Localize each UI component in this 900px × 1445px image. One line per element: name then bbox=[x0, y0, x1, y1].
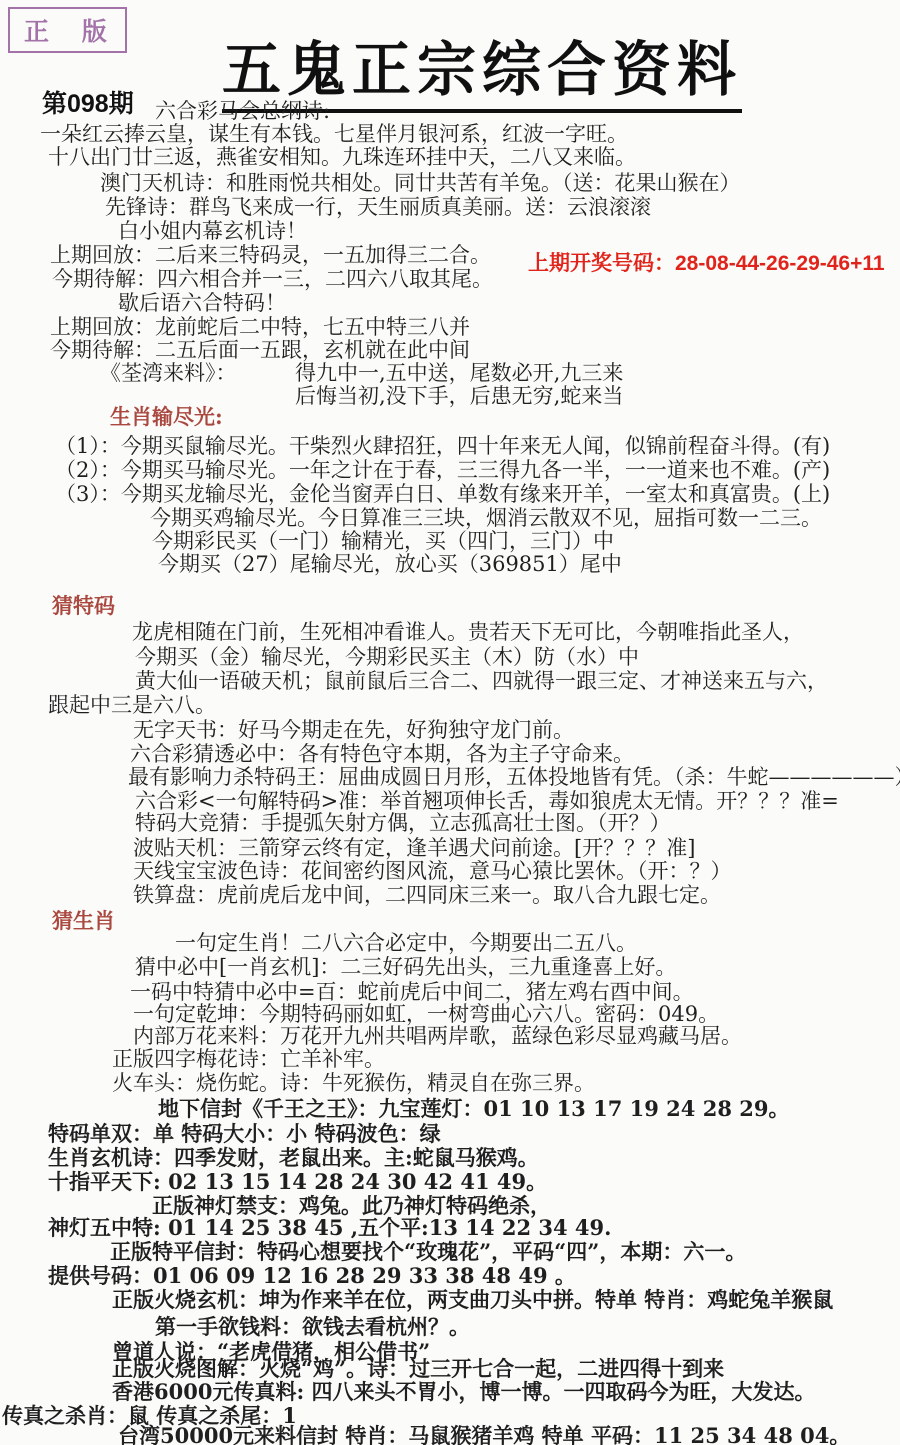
text-line: 白小姐内幕玄机诗！ bbox=[118, 220, 307, 243]
text-line: 先锋诗：群鸟飞来成一行，天生丽质真美丽。送：云浪滚滚 bbox=[105, 196, 651, 219]
text-line: 今期彩民买（一门）输精光，买（四门，三门）中 bbox=[152, 530, 614, 553]
text-line: 得九中一,五中送，尾数必开,九三来 bbox=[295, 362, 623, 385]
text-line: 提供号码：01 06 09 12 16 28 29 33 38 48 49 。 bbox=[48, 1264, 576, 1287]
text-line: 今期待解：四六相合并一三，二四六八取其尾。 bbox=[52, 268, 493, 291]
text-line: 上期回放：龙前蛇后二中特，七五中特三八并 bbox=[50, 316, 470, 339]
text-line: 歇后语六合特码！ bbox=[118, 292, 286, 315]
text-line: 天线宝宝波色诗：花间密约图风流，意马心猿比罢休。（开：？） bbox=[133, 860, 732, 883]
text-line: 六合彩猜透必中：各有特色守本期，各为主子守命来。 bbox=[130, 743, 634, 766]
text-line: 无字天书：好马今期走在先，好狗独守龙门前。 bbox=[133, 719, 574, 742]
text-line: 后悔当初,没下手，后患无穷,蛇来当 bbox=[295, 385, 623, 408]
text-line: 正版火烧图解：火烧“鸡”。诗：过三开七合一起，二进四得十到来 bbox=[112, 1357, 724, 1380]
text-line: 跟起中三是六八。 bbox=[48, 694, 216, 717]
issue-number: 第098期 bbox=[42, 84, 134, 120]
text-line: 今期买鸡输尽光。今日算准三三块，烟消云散双不见，屈指可数一二三。 bbox=[150, 507, 822, 530]
text-line: 六合彩马会总纲诗: bbox=[155, 100, 330, 123]
text-line: 龙虎相随在门前，生死相冲看谁人。贵若天下无可比，今朝唯指此圣人， bbox=[132, 621, 804, 644]
text-line: 特码单双：单 特码大小：小 特码波色：绿 bbox=[48, 1122, 441, 1145]
text-line: 正版火烧玄机：坤为作来羊在位，两支曲刀头中拼。特单 特肖：鸡蛇兔羊猴鼠 bbox=[112, 1288, 833, 1311]
text-line: 上期回放：二后来三特码灵，一五加得三二合。 bbox=[50, 244, 491, 267]
text-line: 正版四字梅花诗：亡羊补牢。 bbox=[112, 1048, 385, 1071]
text-line: 一朵红云捧云皇，谋生有本钱。七星伴月银河系，红波一字旺。 bbox=[40, 123, 628, 146]
text-line: 特码大竞猜：手提弧矢射方偶，立志孤高壮士图。（开？） bbox=[135, 812, 671, 835]
section-heading: 生肖输尽光: bbox=[110, 405, 223, 428]
text-line: （1）：今期买鼠输尽光。干柴烈火肆招狂，四十年来无人闻，似锦前程奋斗得。(有) bbox=[55, 435, 830, 458]
text-line: 最有影响力杀特码王：屈曲成圆日月形，五体投地皆有凭。（杀：牛蛇——————） bbox=[128, 766, 900, 789]
text-line: 六合彩<一句解特码>准：举首翘项伸长舌，毒如狼虎太无情。开？？？准= bbox=[135, 790, 839, 813]
text-line: 一句定生肖！二八六合必定中，今期要出二五八。 bbox=[175, 932, 637, 955]
text-line: 今期待解：二五后面一五跟，玄机就在此中间 bbox=[50, 339, 470, 362]
text-line: 猜中必中[一肖玄机]：二三好码先出头，三九重逢喜上好。 bbox=[135, 956, 676, 979]
text-line: 铁算盘：虎前虎后龙中间，二四同床三来一。取八合九跟七定。 bbox=[133, 884, 721, 907]
text-line: 台湾50000元来料信封 特肖：马鼠猴猪羊鸡 特单 平码：11 25 34 48… bbox=[118, 1424, 850, 1445]
text-line: 黄大仙一语破天机；鼠前鼠后三合二、四就得一跟三定、才神送来五与六， bbox=[135, 670, 828, 693]
section-heading: 猜特码 bbox=[52, 594, 115, 617]
text-line: 正版特平信封：特码心想要找个“玫瑰花”，平码“四”，本期：六一。 bbox=[110, 1240, 746, 1263]
section-heading: 猜生肖 bbox=[52, 909, 115, 932]
text-line: 十八出门廿三返，燕雀安相知。九珠连环挂中天，二八又来临。 bbox=[48, 146, 636, 169]
lottery-info-sheet: 正 版 五鬼正宗综合资料 第098期 上期开奖号码：28-08-44-26-29… bbox=[0, 0, 900, 1445]
text-line: 火车头：烧伤蛇。诗：牛死猴伤，精灵自在弥三界。 bbox=[112, 1072, 595, 1095]
authentic-badge: 正 版 bbox=[8, 7, 127, 53]
text-line: 《荃湾来料》： bbox=[100, 362, 237, 385]
text-line: 今期买（27）尾输尽光，放心买（369851）尾中 bbox=[158, 553, 622, 576]
text-line: 波贴天机：三箭穿云终有定，逢羊遇犬问前途。[开？？？准] bbox=[133, 837, 695, 860]
text-line: 第一手欲钱料：欲钱去看杭州？。 bbox=[155, 1315, 470, 1338]
text-line: （3）：今期买龙输尽光，金伦当窗弄白日、单数有缘来开羊，一室太和真富贵。(上) bbox=[55, 483, 830, 506]
text-line: 香港6000元传真料: 四八来头不胃小，博一博。一四取码今为旺，大发达。 bbox=[112, 1380, 816, 1403]
text-line: 生肖玄机诗：四季发财，老鼠出来。主:蛇鼠马猴鸡。 bbox=[48, 1146, 539, 1169]
text-line: 地下信封《千王之王》：九宝莲灯：01 10 13 17 19 24 28 29。 bbox=[158, 1097, 789, 1120]
last-draw-numbers: 上期开奖号码：28-08-44-26-29-46+11 bbox=[528, 247, 885, 277]
text-line: 一码中特猜中必中=百：蛇前虎后中间二，猪左鸡右酉中间。 bbox=[130, 981, 694, 1004]
text-line: 十指平天下: 02 13 15 14 28 24 30 42 41 49。 bbox=[48, 1170, 547, 1193]
text-line: 今期买（金）输尽光，今期彩民买主（木）防（水）中 bbox=[135, 646, 639, 669]
text-line: 神灯五中特: 01 14 25 38 45 ,五个平:13 14 22 34 4… bbox=[48, 1216, 611, 1239]
text-line: 一句定乾坤：今期特码丽如虹，一树弯曲心六八。密码：049。 bbox=[133, 1003, 719, 1026]
text-line: 内部万花来料：万花开九州共唱两岸歌，蓝绿色彩尽显鸡藏马居。 bbox=[133, 1025, 742, 1048]
text-line: （2）：今期买马输尽光。一年之计在于春，三三得九各一半，一一道来也不难。(产) bbox=[55, 459, 830, 482]
text-line: 澳门天机诗：和胜雨悦共相处。同廿共苦有羊兔。（送：花果山猴在） bbox=[100, 172, 741, 195]
text-line: 正版神灯禁支：鸡兔。此乃神灯特码绝杀， bbox=[152, 1194, 551, 1217]
